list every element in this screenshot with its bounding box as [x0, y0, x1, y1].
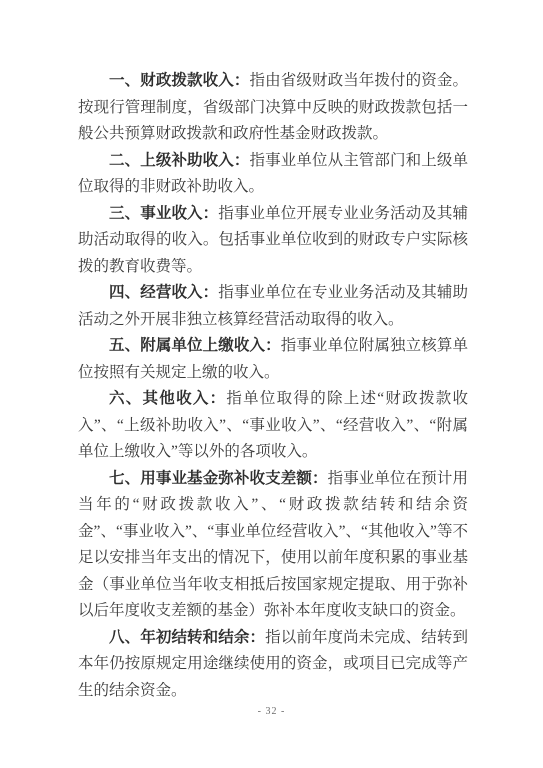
definition-paragraph-1: 一、财政拨款收入：指由省级财政当年拨付的资金。按现行管理制度，省级部门决算中反映… [78, 68, 468, 148]
term-label-8: 八、年初结转和结余： [109, 629, 265, 646]
term-label-1: 一、财政拨款收入： [109, 72, 250, 89]
definition-paragraph-4: 四、经营收入：指事业单位在专业业务活动及其辅助活动之外开展非独立核算经营活动取得… [78, 280, 468, 333]
term-label-6: 六、其他收入： [109, 390, 226, 407]
term-label-7: 七、用事业基金弥补收支差额： [109, 470, 328, 487]
definition-paragraph-3: 三、事业收入：指事业单位开展专业业务活动及其辅助活动取得的收入。包括事业单位收到… [78, 201, 468, 281]
term-label-5: 五、附属单位上缴收入： [109, 337, 281, 354]
term-label-3: 三、事业收入： [109, 205, 218, 222]
term-label-4: 四、经营收入： [109, 284, 218, 301]
document-body: 一、财政拨款收入：指由省级财政当年拨付的资金。按现行管理制度，省级部门决算中反映… [78, 68, 468, 704]
document-page: 一、财政拨款收入：指由省级财政当年拨付的资金。按现行管理制度，省级部门决算中反映… [0, 0, 543, 768]
definition-paragraph-5: 五、附属单位上缴收入：指事业单位附属独立核算单位按照有关规定上缴的收入。 [78, 333, 468, 386]
definition-paragraph-2: 二、上级补助收入：指事业单位从主管部门和上级单位取得的非财政补助收入。 [78, 148, 468, 201]
term-label-2: 二、上级补助收入： [109, 152, 250, 169]
definition-paragraph-7: 七、用事业基金弥补收支差额：指事业单位在预计用当年的“财政拨款收入”、“财政拨款… [78, 466, 468, 625]
definition-paragraph-8: 八、年初结转和结余：指以前年度尚未完成、结转到本年仍按原规定用途继续使用的资金，… [78, 625, 468, 705]
term-definition-7: 指事业单位在预计用当年的“财政拨款收入”、“财政拨款结转和结余资金”、“事业收入… [78, 470, 468, 620]
definition-paragraph-6: 六、其他收入：指单位取得的除上述“财政拨款收入”、“上级补助收入”、“事业收入”… [78, 386, 468, 466]
page-number: - 32 - [0, 706, 543, 717]
